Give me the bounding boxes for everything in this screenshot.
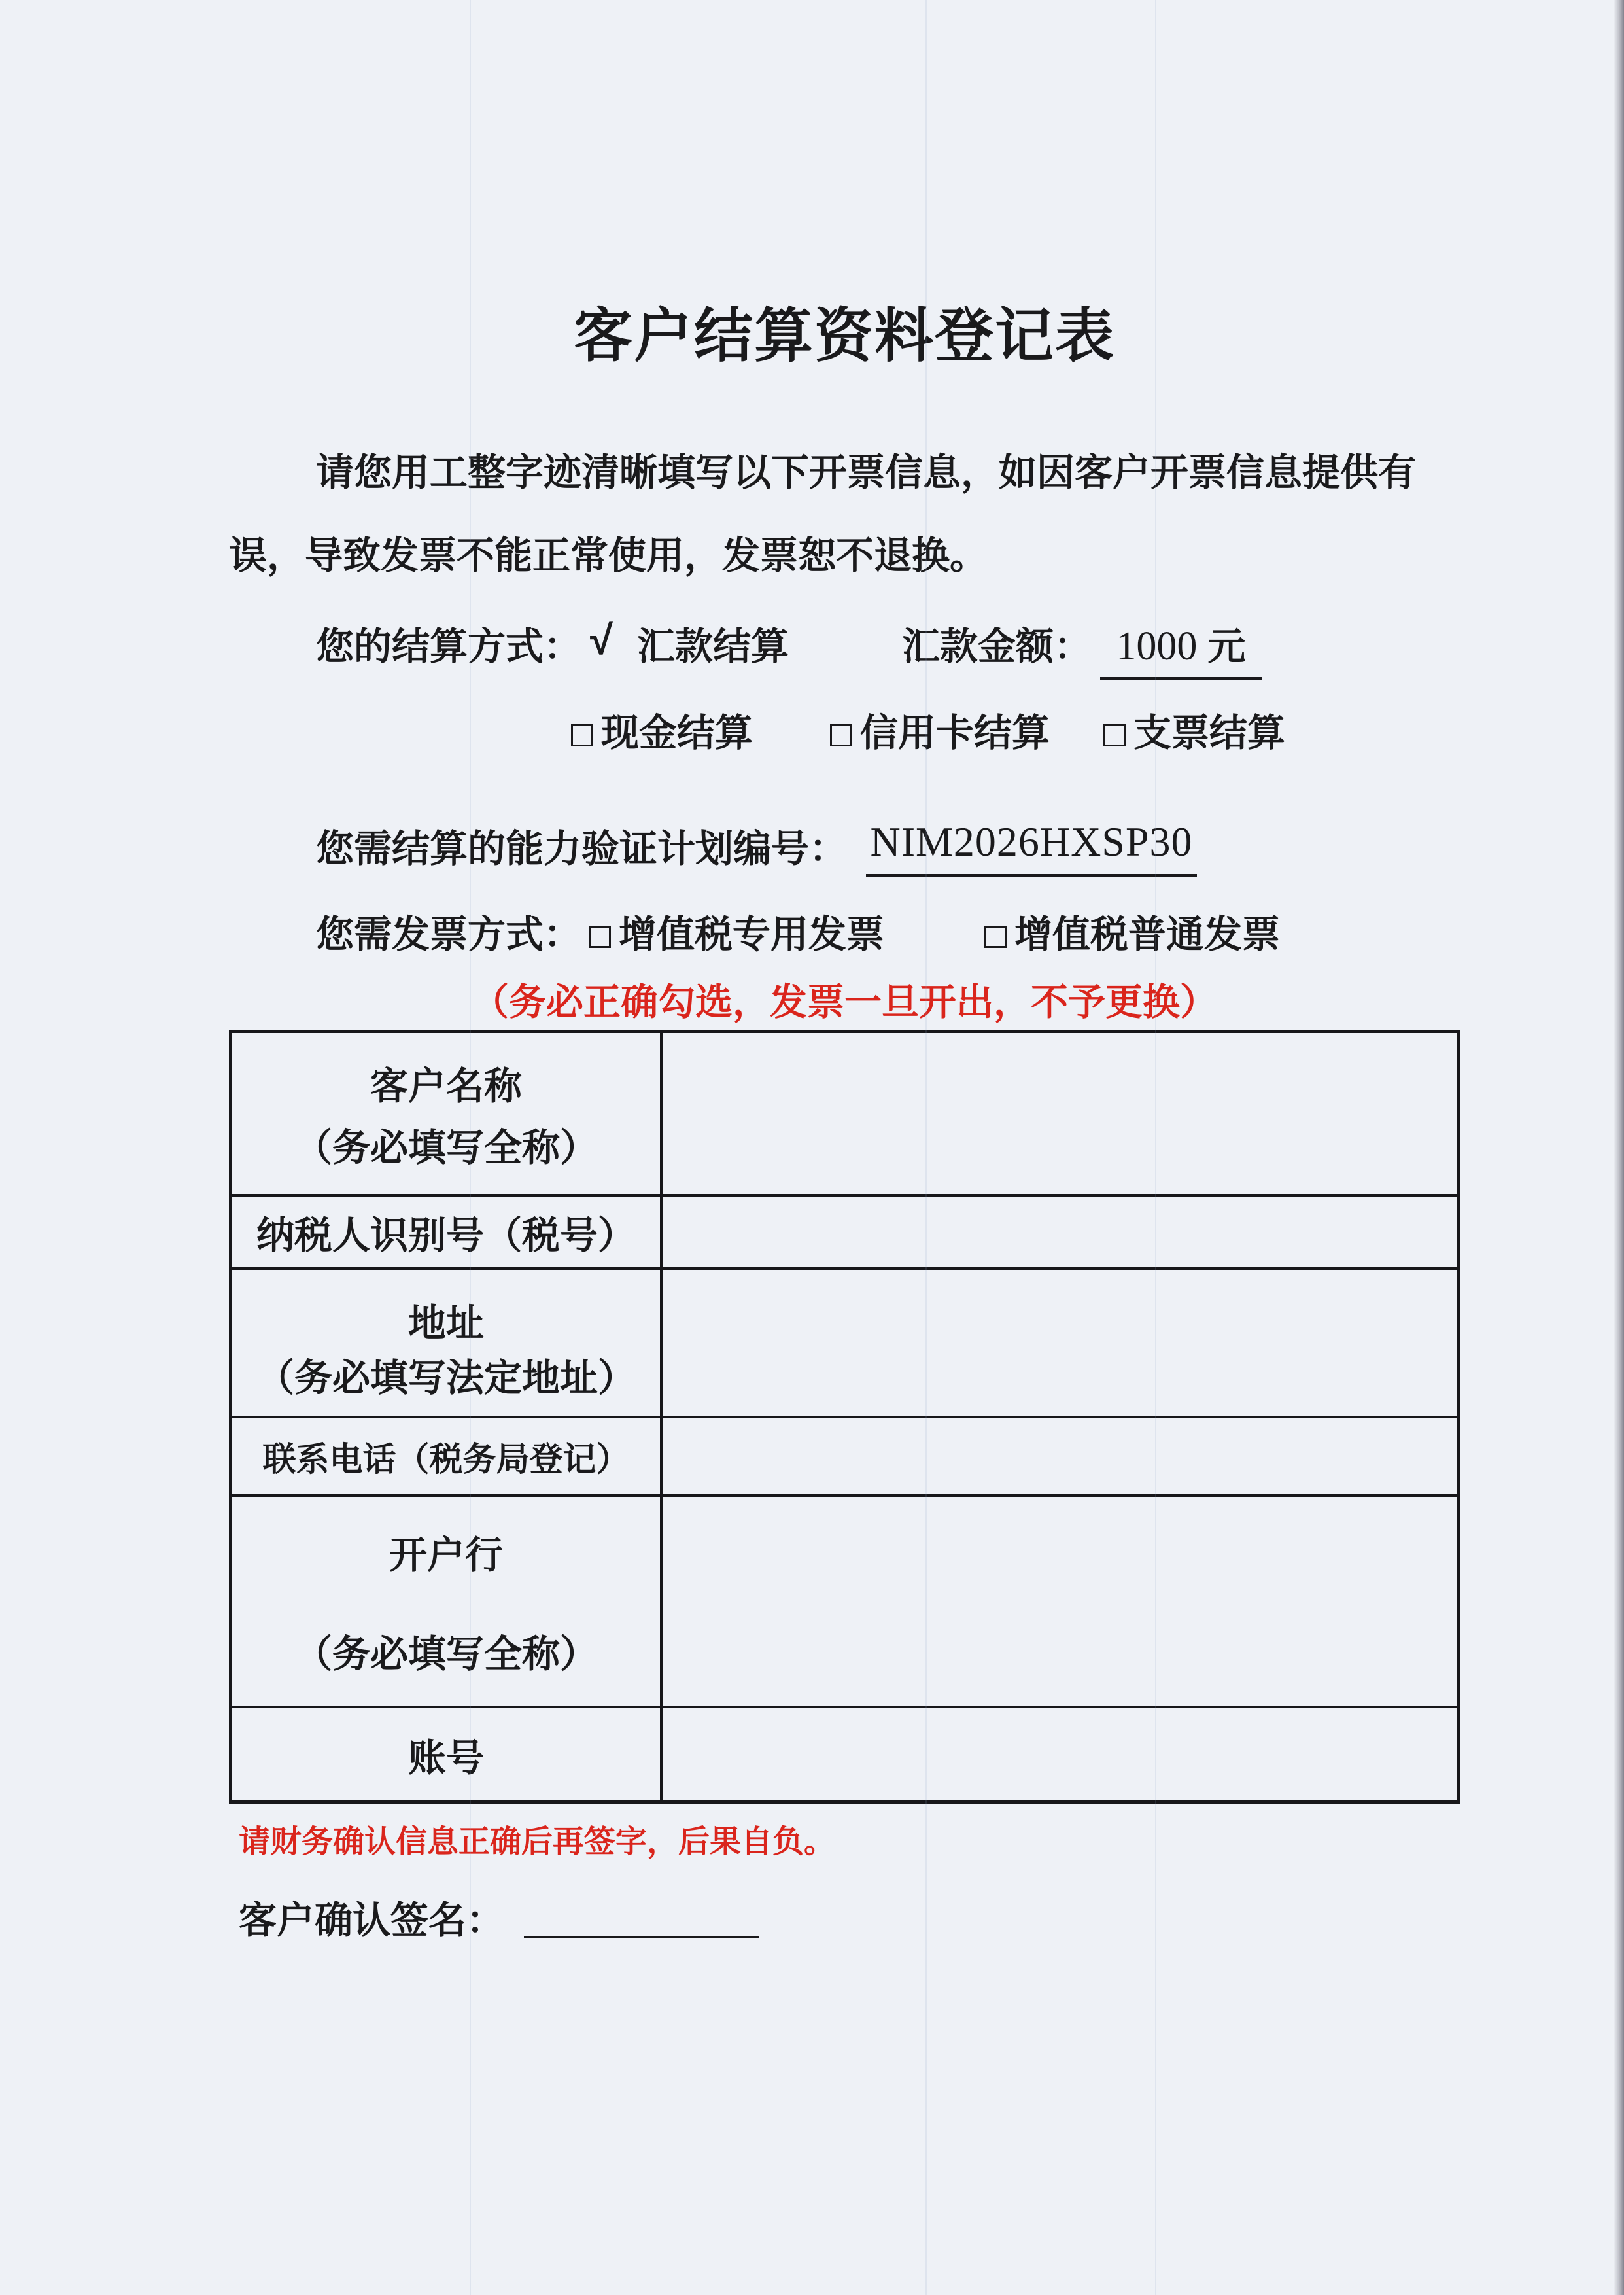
tax-id-cell[interactable] xyxy=(663,1197,1457,1267)
checkbox-icon[interactable] xyxy=(571,724,593,746)
account-cell[interactable] xyxy=(663,1708,1457,1800)
option-credit-card-label: 信用卡结算 xyxy=(860,712,1050,754)
option-cheque-label: 支票结算 xyxy=(1133,712,1285,754)
checkbox-icon[interactable] xyxy=(984,926,1007,948)
settlement-other-options-line: 现金结算 信用卡结算 支票结算 xyxy=(229,702,1460,754)
amount-unit: 元 xyxy=(1208,625,1246,668)
table-row-phone: 联系电话（税务局登记） xyxy=(232,1418,1457,1497)
row-label: 地址 （务必填写法定地址） xyxy=(232,1270,663,1416)
scanner-edge-shadow xyxy=(1614,0,1624,2295)
customer-name-cell[interactable] xyxy=(663,1033,1457,1194)
checkbox-icon[interactable] xyxy=(589,926,611,948)
option-cheque: 支票结算 xyxy=(1103,702,1285,757)
settlement-option-remittance: 汇款结算 xyxy=(637,616,789,671)
row-label: 账号 xyxy=(232,1708,663,1800)
scanned-form-page: 客户结算资料登记表 请您用工整字迹清晰填写以下开票信息，如因客户开票信息提供有 … xyxy=(0,0,1624,2295)
amount-field[interactable]: 1000 元 xyxy=(1100,616,1262,680)
signature-label: 客户确认签名： xyxy=(239,1899,504,1942)
row-label-line: （务必填写法定地址） xyxy=(256,1347,636,1402)
row-label-line: （务必填写全称） xyxy=(294,1117,598,1172)
row-label-line: 地址 xyxy=(408,1292,484,1347)
option-cash: 现金结算 xyxy=(571,702,753,757)
row-label: 开户行 （务必填写全称） xyxy=(232,1497,663,1706)
row-label-line: 联系电话（税务局登记） xyxy=(262,1432,629,1480)
checkbox-icon[interactable] xyxy=(1103,724,1126,746)
phone-cell[interactable] xyxy=(663,1418,1457,1494)
table-row-account: 账号 xyxy=(232,1708,1457,1800)
plan-number-value[interactable]: NIM2026HXSP30 xyxy=(866,818,1197,877)
amount-value: 1000 xyxy=(1116,624,1197,669)
row-label-line: 开户行 xyxy=(389,1524,503,1579)
invoice-warning-text: （务必正确勾选，发票一旦开出，不予更换） xyxy=(229,972,1460,1026)
row-label: 客户名称 （务必填写全称） xyxy=(232,1033,663,1194)
table-row-customer-name: 客户名称 （务必填写全称） xyxy=(232,1033,1457,1197)
option-cash-label: 现金结算 xyxy=(601,712,753,754)
intro-line-2: 误，导致发票不能正常使用，发票恕不退换。 xyxy=(229,514,1438,597)
intro-line-1: 请您用工整字迹清晰填写以下开票信息，如因客户开票信息提供有 xyxy=(229,431,1438,514)
row-label-line: 客户名称 xyxy=(370,1055,522,1110)
registration-table: 客户名称 （务必填写全称） 纳税人识别号（税号） 地址 （务必填写法定地址） 联… xyxy=(229,1030,1460,1804)
settlement-method-line: 您的结算方式： √ 汇款结算 汇款金额： 1000 元 xyxy=(229,616,1460,668)
invoice-type-label: 您需发票方式： xyxy=(316,903,581,958)
row-label: 联系电话（税务局登记） xyxy=(232,1418,663,1494)
option-credit-card: 信用卡结算 xyxy=(830,702,1050,757)
row-label-line: （务必填写全称） xyxy=(294,1623,598,1678)
checkbox-icon[interactable] xyxy=(830,724,852,746)
finance-confirm-warning: 请财务确认信息正确后再签字，后果自负。 xyxy=(239,1816,835,1861)
signature-row: 客户确认签名： xyxy=(239,1889,759,1944)
address-cell[interactable] xyxy=(663,1270,1457,1416)
option-vat-special: 增值税专用发票 xyxy=(589,903,884,958)
row-label-line: 纳税人识别号（税号） xyxy=(256,1204,636,1259)
form-title: 客户结算资料登记表 xyxy=(229,288,1460,373)
settlement-label: 您的结算方式： xyxy=(316,616,581,671)
option-vat-general: 增值税普通发票 xyxy=(984,903,1280,958)
option-vat-general-label: 增值税普通发票 xyxy=(1014,913,1280,956)
signature-blank-line[interactable] xyxy=(524,1936,759,1938)
table-row-tax-id: 纳税人识别号（税号） xyxy=(232,1197,1457,1270)
bank-cell[interactable] xyxy=(663,1497,1457,1706)
plan-number-line: 您需结算的能力验证计划编号： NIM2026HXSP30 xyxy=(229,818,1460,870)
row-label-line: 账号 xyxy=(408,1727,484,1782)
invoice-type-line: 您需发票方式： 增值税专用发票 增值税普通发票 xyxy=(229,903,1460,956)
row-label: 纳税人识别号（税号） xyxy=(232,1197,663,1267)
amount-label: 汇款金额： xyxy=(902,616,1092,671)
intro-paragraph: 请您用工整字迹清晰填写以下开票信息，如因客户开票信息提供有 误，导致发票不能正常… xyxy=(229,431,1438,597)
option-vat-special-label: 增值税专用发票 xyxy=(619,913,884,956)
table-row-address: 地址 （务必填写法定地址） xyxy=(232,1270,1457,1418)
checkmark-icon[interactable]: √ xyxy=(590,616,613,664)
plan-number-label: 您需结算的能力验证计划编号： xyxy=(316,818,847,873)
table-row-bank: 开户行 （务必填写全称） xyxy=(232,1497,1457,1708)
